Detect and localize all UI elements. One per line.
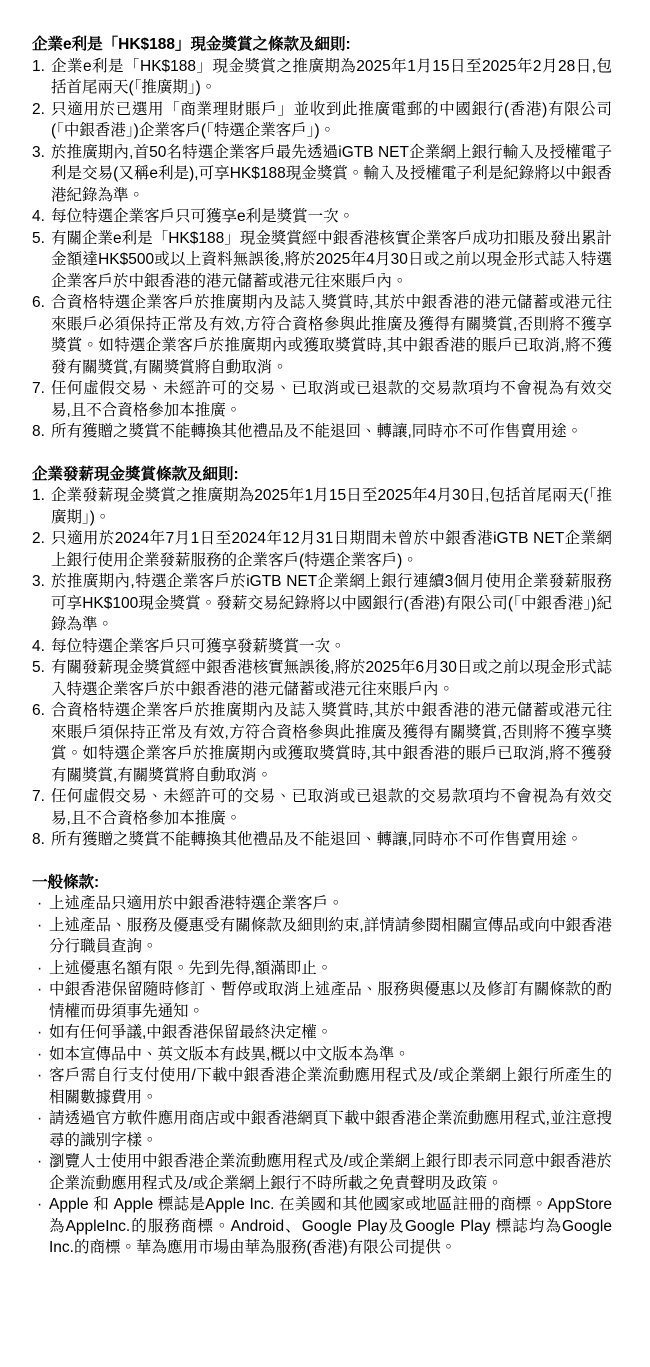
list-item: 2.只適用於已選用「商業理財賬戶」並收到此推廣電郵的中國銀行(香港)有限公司(「… <box>32 99 612 142</box>
list-item: 3.於推廣期內,首50名特選企業客戶最先透過iGTB NET企業網上銀行輸入及授… <box>32 142 612 207</box>
terms-list-elaisee: 1.企業e利是「HK$188」現金獎賞之推廣期為2025年1月15日至2025年… <box>32 56 612 443</box>
list-item: 5.有關企業e利是「HK$188」現金獎賞經中銀香港核實企業客戶成功扣賬及發出累… <box>32 228 612 293</box>
list-item: 2.只適用於2024年7月1日至2024年12月31日期間未曾於中銀香港iGTB… <box>32 528 612 571</box>
item-text: 任何虛假交易、未經許可的交易、已取消或已退款的交易款項均不會視為有效交易,且不合… <box>51 788 612 827</box>
item-number: 3. <box>32 142 45 164</box>
item-number: 4. <box>32 636 45 658</box>
item-number: 1. <box>32 485 45 507</box>
item-text: 客戶需自行支付使用/下載中銀香港企業流動應用程式及/或企業網上銀行所產生的相關數… <box>49 1067 612 1106</box>
item-text: 只適用於2024年7月1日至2024年12月31日期間未曾於中銀香港iGTB N… <box>51 530 612 569</box>
item-text: 上述優惠名額有限。先到先得,額滿即止。 <box>49 960 332 977</box>
list-item: 4.每位特選企業客戶只可獲享發薪獎賞一次。 <box>32 636 612 658</box>
item-number: 5. <box>32 657 45 679</box>
list-item: 3.於推廣期內,特選企業客戶於iGTB NET企業網上銀行連續3個月使用企業發薪… <box>32 571 612 636</box>
item-text: 有關企業e利是「HK$188」現金獎賞經中銀香港核實企業客戶成功扣賬及發出累計金… <box>51 230 612 290</box>
item-number: 3. <box>32 571 45 593</box>
item-text: 合資格特選企業客戶於推廣期內及誌入獎賞時,其於中銀香港的港元儲蓄或港元往來賬戶必… <box>51 294 612 376</box>
item-number: 2. <box>32 528 45 550</box>
bullet-icon: · <box>37 958 42 980</box>
item-text: 瀏覽人士使用中銀香港企業流動應用程式及/或企業網上銀行即表示同意中銀香港於企業流… <box>49 1153 612 1192</box>
terms-list-payroll: 1.企業發薪現金獎賞之推廣期為2025年1月15日至2025年4月30日,包括首… <box>32 485 612 851</box>
list-item: ·瀏覽人士使用中銀香港企業流動應用程式及/或企業網上銀行即表示同意中銀香港於企業… <box>32 1151 612 1194</box>
list-item: 6.合資格特選企業客戶於推廣期內及誌入獎賞時,其於中銀香港的港元儲蓄或港元往來賬… <box>32 700 612 786</box>
bullet-icon: · <box>37 1108 42 1130</box>
bullet-icon: · <box>37 1194 42 1216</box>
list-item: ·上述產品只適用於中銀香港特選企業客戶。 <box>32 893 612 915</box>
list-item: 6.合資格特選企業客戶於推廣期內及誌入獎賞時,其於中銀香港的港元儲蓄或港元往來賬… <box>32 292 612 378</box>
bullet-icon: · <box>37 979 42 1001</box>
item-text: 合資格特選企業客戶於推廣期內及誌入獎賞時,其於中銀香港的港元儲蓄或港元往來賬戶須… <box>51 702 612 784</box>
list-item: ·Apple 和 Apple 標誌是Apple Inc. 在美國和其他國家或地區… <box>32 1194 612 1259</box>
section-title-payroll: 企業發薪現金獎賞條款及細則: <box>32 464 612 486</box>
item-text: 請透過官方軟件應用商店或中銀香港網頁下載中銀香港企業流動應用程式,並注意搜尋的識… <box>49 1110 612 1149</box>
bullet-icon: · <box>37 893 42 915</box>
item-text: 上述產品只適用於中銀香港特選企業客戶。 <box>49 895 344 912</box>
item-text: 如本宣傳品中、英文版本有歧異,概以中文版本為準。 <box>49 1046 410 1063</box>
item-number: 4. <box>32 206 45 228</box>
item-text: 每位特選企業客戶只可獲享e利是獎賞一次。 <box>51 208 354 225</box>
item-text: 任何虛假交易、未經許可的交易、已取消或已退款的交易款項均不會視為有效交易,且不合… <box>51 380 612 419</box>
item-number: 2. <box>32 99 45 121</box>
item-text: 企業e利是「HK$188」現金獎賞之推廣期為2025年1月15日至2025年2月… <box>51 58 612 97</box>
list-item: ·請透過官方軟件應用商店或中銀香港網頁下載中銀香港企業流動應用程式,並注意搜尋的… <box>32 1108 612 1151</box>
item-text: 所有獲贈之獎賞不能轉換其他禮品及不能退回、轉讓,同時亦不可作售賣用途。 <box>51 423 582 440</box>
list-item: ·上述產品、服務及優惠受有關條款及細則約束,詳情請參閱相關宣傳品或向中銀香港分行… <box>32 915 612 958</box>
item-text: 上述產品、服務及優惠受有關條款及細則約束,詳情請參閱相關宣傳品或向中銀香港分行職… <box>49 917 612 956</box>
item-text: 企業發薪現金獎賞之推廣期為2025年1月15日至2025年4月30日,包括首尾兩… <box>51 487 612 526</box>
list-item: 5.有關發薪現金獎賞經中銀香港核實無誤後,將於2025年6月30日或之前以現金形… <box>32 657 612 700</box>
bullet-icon: · <box>37 1151 42 1173</box>
section-title-elaisee: 企業e利是「HK$188」現金獎賞之條款及細則: <box>32 34 612 56</box>
list-item: 7.任何虛假交易、未經許可的交易、已取消或已退款的交易款項均不會視為有效交易,且… <box>32 786 612 829</box>
list-item: 4.每位特選企業客戶只可獲享e利是獎賞一次。 <box>32 206 612 228</box>
bullet-icon: · <box>37 1044 42 1066</box>
item-text: 只適用於已選用「商業理財賬戶」並收到此推廣電郵的中國銀行(香港)有限公司(「中銀… <box>51 101 612 140</box>
item-number: 7. <box>32 786 45 808</box>
item-text: Apple 和 Apple 標誌是Apple Inc. 在美國和其他國家或地區註… <box>49 1196 612 1256</box>
item-number: 1. <box>32 56 45 78</box>
list-item: 1.企業e利是「HK$188」現金獎賞之推廣期為2025年1月15日至2025年… <box>32 56 612 99</box>
list-item: 8.所有獲贈之獎賞不能轉換其他禮品及不能退回、轉讓,同時亦不可作售賣用途。 <box>32 829 612 851</box>
list-item: 7.任何虛假交易、未經許可的交易、已取消或已退款的交易款項均不會視為有效交易,且… <box>32 378 612 421</box>
item-text: 有關發薪現金獎賞經中銀香港核實無誤後,將於2025年6月30日或之前以現金形式誌… <box>51 659 612 698</box>
item-number: 6. <box>32 700 45 722</box>
bullet-icon: · <box>37 1065 42 1087</box>
item-text: 每位特選企業客戶只可獲享發薪獎賞一次。 <box>51 638 346 655</box>
list-item: 1.企業發薪現金獎賞之推廣期為2025年1月15日至2025年4月30日,包括首… <box>32 485 612 528</box>
item-number: 5. <box>32 228 45 250</box>
bullet-icon: · <box>37 915 42 937</box>
item-text: 於推廣期內,首50名特選企業客戶最先透過iGTB NET企業網上銀行輸入及授權電… <box>51 144 612 204</box>
item-number: 7. <box>32 378 45 400</box>
item-text: 於推廣期內,特選企業客戶於iGTB NET企業網上銀行連續3個月使用企業發薪服務… <box>51 573 612 633</box>
list-item: ·如本宣傳品中、英文版本有歧異,概以中文版本為準。 <box>32 1044 612 1066</box>
terms-document: 企業e利是「HK$188」現金獎賞之條款及細則: 1.企業e利是「HK$188」… <box>0 0 650 1367</box>
list-item: ·客戶需自行支付使用/下載中銀香港企業流動應用程式及/或企業網上銀行所產生的相關… <box>32 1065 612 1108</box>
list-item: ·如有任何爭議,中銀香港保留最終決定權。 <box>32 1022 612 1044</box>
bullet-icon: · <box>37 1022 42 1044</box>
general-terms-list: ·上述產品只適用於中銀香港特選企業客戶。 ·上述產品、服務及優惠受有關條款及細則… <box>32 893 612 1259</box>
list-item: ·上述優惠名額有限。先到先得,額滿即止。 <box>32 958 612 980</box>
item-number: 8. <box>32 829 45 851</box>
item-text: 所有獲贈之獎賞不能轉換其他禮品及不能退回、轉讓,同時亦不可作售賣用途。 <box>51 831 582 848</box>
item-number: 6. <box>32 292 45 314</box>
item-text: 中銀香港保留隨時修訂、暫停或取消上述產品、服務與優惠以及修訂有關條款的酌情權而毋… <box>49 981 612 1020</box>
list-item: ·中銀香港保留隨時修訂、暫停或取消上述產品、服務與優惠以及修訂有關條款的酌情權而… <box>32 979 612 1022</box>
section-title-general: 一般條款: <box>32 872 612 894</box>
item-number: 8. <box>32 421 45 443</box>
list-item: 8.所有獲贈之獎賞不能轉換其他禮品及不能退回、轉讓,同時亦不可作售賣用途。 <box>32 421 612 443</box>
item-text: 如有任何爭議,中銀香港保留最終決定權。 <box>49 1024 332 1041</box>
